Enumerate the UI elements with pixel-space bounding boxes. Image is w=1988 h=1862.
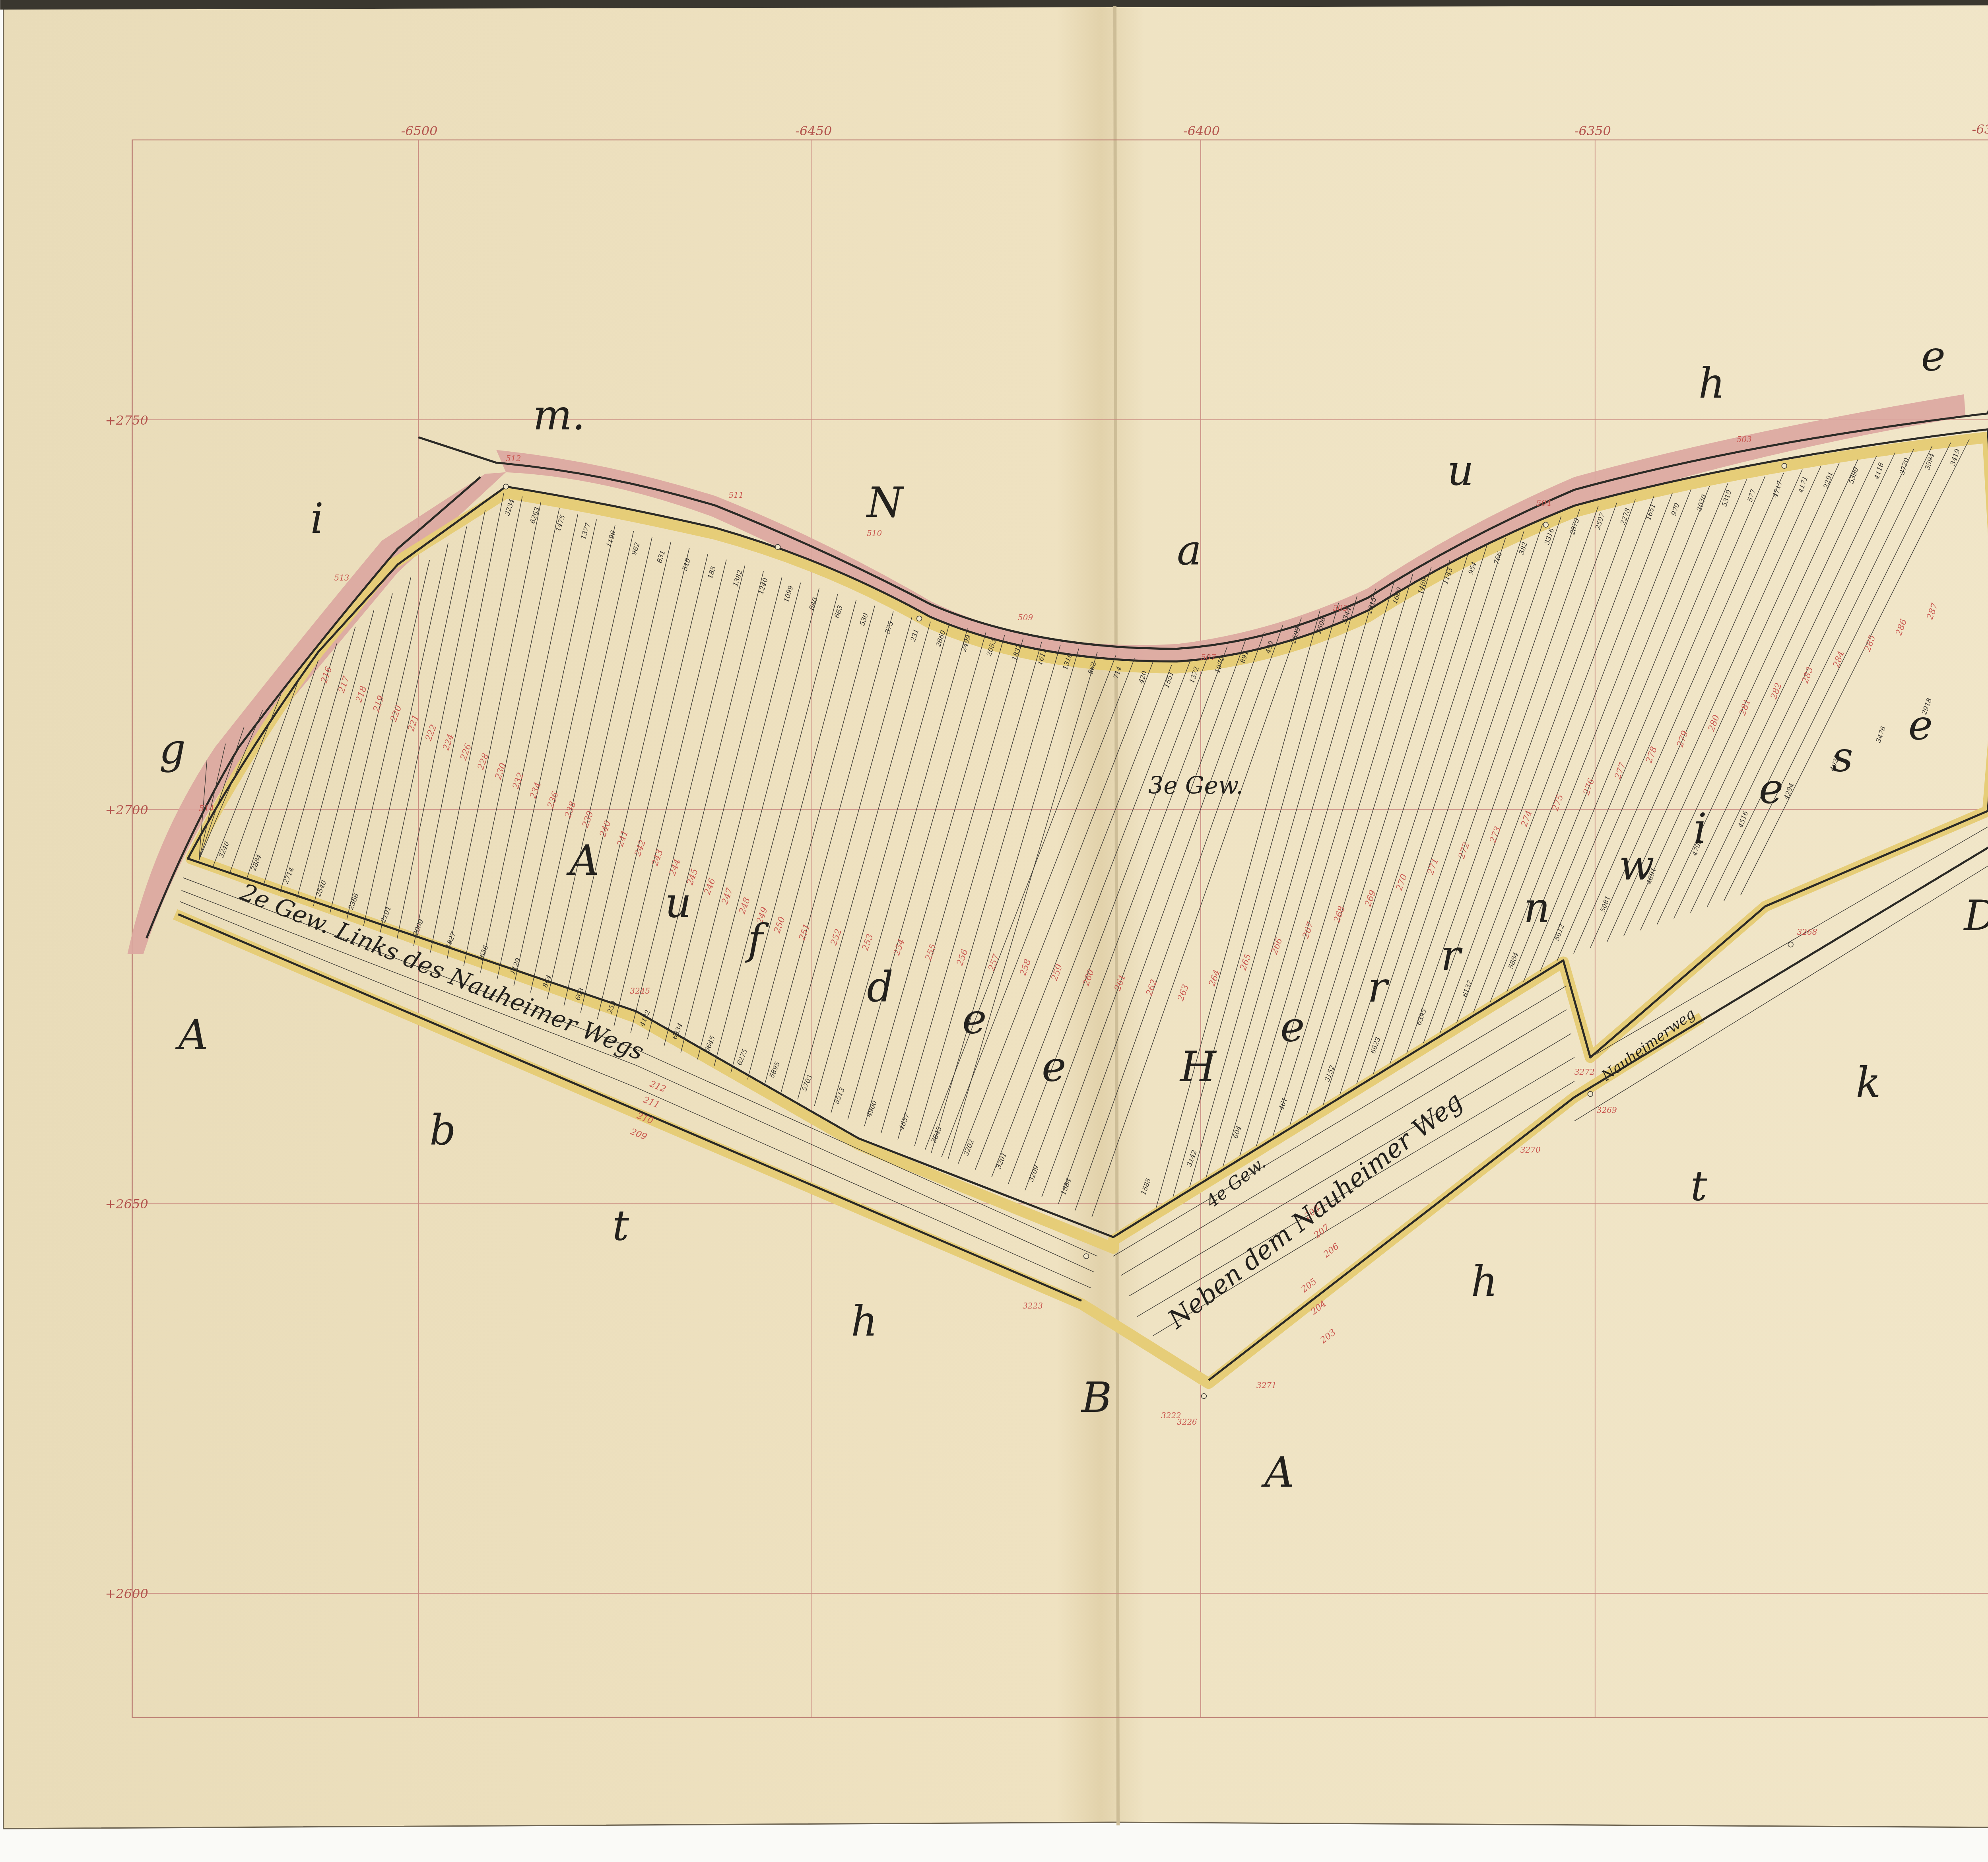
grid-label-y: +2600 [105,1586,148,1601]
field-letter: e [1759,765,1784,813]
field-letter: a [1177,526,1202,575]
grid-label-y: +2700 [105,802,148,817]
field-letter: i [310,494,323,543]
field-letter: N [866,478,904,527]
survey-number: 3270 [1520,1145,1541,1155]
road-point: 511 [728,490,744,500]
grid-label-x: -6500 [401,123,437,138]
road-point: 507 [1201,652,1216,662]
field-letter: D [1963,892,1988,940]
field-letter: r [1368,963,1390,1012]
map-page: -6500 -6450 -6400 -6350 -6300 +2750 +270… [0,0,1988,1862]
grid-label-y: +2750 [105,413,148,428]
road-point: 509 [1018,613,1033,622]
field-letter: h [1699,359,1725,408]
field-letter: e [962,995,987,1043]
field-letter: e [1908,701,1933,749]
field-letter: s [1832,733,1853,781]
field-letter: H [1179,1043,1217,1091]
road-point: 504 [1536,498,1551,508]
field-letter: A [1261,1448,1294,1497]
road-point: 510 [867,528,882,538]
field-letter: e [1921,332,1946,381]
field-letter: b [429,1106,456,1155]
field-letter: w [1619,841,1654,889]
road-point: 514 [199,804,214,813]
survey-number: 3226 [1177,1417,1197,1427]
field-letter: n [1524,884,1550,932]
grid-label-x: -6300 [1972,122,1988,137]
field-letter: u [1447,447,1474,495]
grid-label-x: -6350 [1574,123,1611,138]
survey-number: 3268 [1797,927,1817,937]
grid-label-x: -6400 [1183,123,1220,138]
survey-number: 3271 [1256,1380,1277,1390]
grid-label-x: -6450 [795,123,832,138]
road-point: 503 [1737,435,1752,444]
field-letter: B [1081,1373,1112,1422]
road-point: 512 [506,454,521,463]
field-letter: r [1441,931,1463,980]
field-letter: A [175,1011,208,1059]
field-letter: k [1856,1058,1881,1107]
gewann-3-label: 3e Gew. [1148,772,1243,800]
field-letter: g [159,725,186,773]
field-letter: A [566,836,599,885]
field-letter: u [665,879,691,928]
cadastral-map: -6500 -6450 -6400 -6350 -6300 +2750 +270… [0,0,1988,1862]
field-letter: i [1694,804,1707,853]
field-letter: t [1691,1162,1707,1210]
survey-number: 3272 [1574,1067,1595,1077]
field-letter: e [1280,1003,1305,1051]
survey-number: 3245 [630,986,650,996]
field-letter: e [1042,1043,1066,1091]
field-letter: h [1471,1257,1498,1306]
field-letter: d [867,963,893,1012]
road-point: 513 [334,573,349,582]
grid-label-y: +2650 [105,1196,148,1212]
field-letter: t [612,1202,629,1250]
field-letter: h [851,1297,878,1346]
field-letter: m. [533,391,585,439]
survey-number: 3269 [1597,1105,1617,1115]
survey-number: 3223 [1023,1301,1043,1311]
